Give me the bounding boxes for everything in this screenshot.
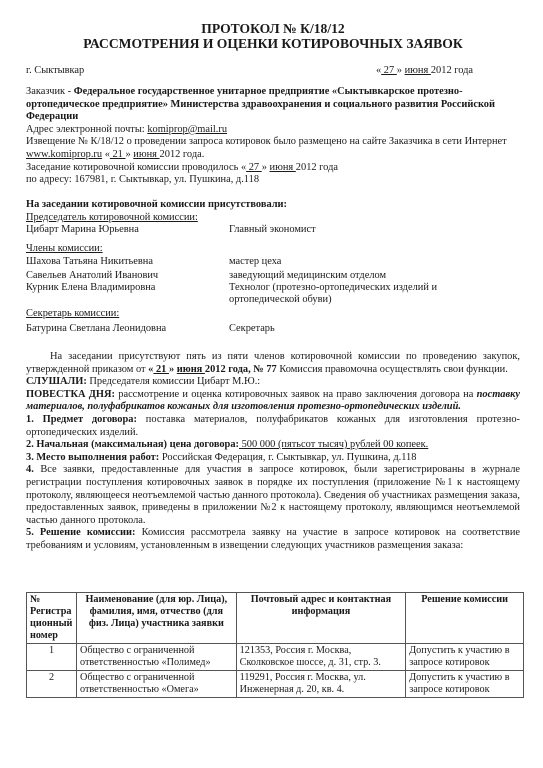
secretary-label: Секретарь комиссии: (26, 308, 119, 319)
notice-line: Извещение № К/18/12 о проведении запроса… (26, 136, 520, 161)
table-header-row: № Регистра ционный номер Наименование (д… (27, 593, 524, 644)
item-5: 5. Решение комиссии: Комиссия рассмотрел… (26, 527, 520, 552)
customer-block: Заказчик - Федеральное государственное у… (26, 86, 520, 187)
email-link[interactable]: komiprop@mail.ru (147, 124, 227, 135)
table-row: 2 Общество с ограниченной ответственност… (27, 671, 524, 698)
member-row: Савельев Анатолий Иванович заведующий ме… (26, 270, 520, 282)
col-header-name: Наименование (для юр. Лица), фамилия, им… (76, 593, 236, 644)
protocol-subtitle: РАССМОТРЕНИЯ И ОЦЕНКИ КОТИРОВОЧНЫХ ЗАЯВО… (26, 36, 520, 51)
meeting-address: по адресу: 167981, г. Сыктывкар, ул. Пуш… (26, 174, 520, 187)
quorum-paragraph: На заседании присутствуют пять из пяти ч… (26, 351, 520, 376)
city: г. Сыктывкар (26, 65, 84, 78)
commission-heading: На заседании котировочной комиссии прису… (26, 199, 520, 212)
protocol-date: « 27 » июня 2012 года (376, 65, 473, 78)
col-header-decision: Решение комиссии (406, 593, 524, 644)
email-line: Адрес электронной почты: komiprop@mail.r… (26, 124, 520, 137)
item-1: 1. Предмет договора: поставка материалов… (26, 414, 520, 439)
protocol-body: На заседании присутствуют пять из пяти ч… (26, 351, 520, 553)
participants-table: № Регистра ционный номер Наименование (д… (26, 592, 524, 698)
secretary-row: Батурина Светлана Леонидовна Секретарь (26, 323, 520, 336)
customer-line: Заказчик - Федеральное государственное у… (26, 86, 520, 124)
item-2: 2. Начальная (максимальная) цена договор… (26, 439, 520, 452)
table-row: 1 Общество с ограниченной ответственност… (27, 644, 524, 671)
members-label: Члены комиссии: (26, 243, 103, 254)
member-row: Шахова Татьяна Никитьевна мастер цеха (26, 256, 520, 270)
commission-block: На заседании котировочной комиссии прису… (26, 199, 520, 336)
chair-label: Председатель котировочной комиссии: (26, 212, 198, 223)
item-3: 3. Место выполнения работ: Российская Фе… (26, 452, 520, 465)
heard-paragraph: СЛУШАЛИ: Председателя комиссии Цибарт М.… (26, 376, 520, 389)
site-link[interactable]: www.komiprop.ru (26, 149, 102, 160)
item-4: 4. Все заявки, предоставленные для участ… (26, 464, 520, 527)
protocol-number-title: ПРОТОКОЛ № К/18/12 (26, 21, 520, 36)
chair-row: Цибарт Марина Юрьевна Главный экономист (26, 224, 520, 237)
col-header-number: № Регистра ционный номер (27, 593, 77, 644)
agenda-paragraph: ПОВЕСТКА ДНЯ: рассмотрение и оценка коти… (26, 389, 520, 414)
customer-name: Федеральное государственное унитарное пр… (26, 86, 495, 122)
col-header-address: Почтовый адрес и контактная информация (236, 593, 406, 644)
member-row: Курник Елена Владимировна Технолог (прот… (26, 282, 520, 308)
meeting-line: Заседание котировочной комиссии проводил… (26, 162, 520, 175)
